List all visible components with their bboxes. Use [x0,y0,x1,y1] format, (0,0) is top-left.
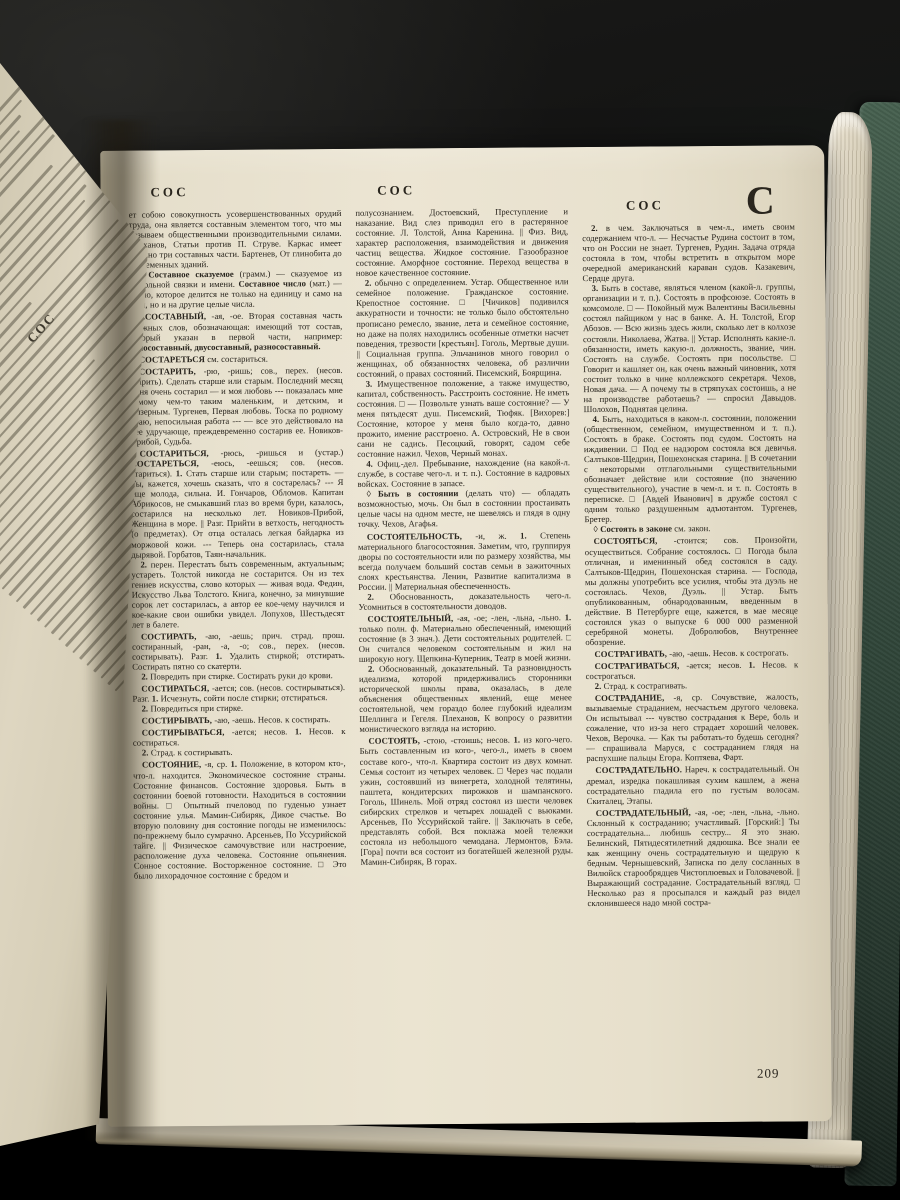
entry-paragraph: ◊ Составное сказуемое (грамм.) — сказуем… [129,268,342,310]
entry-paragraph: СОСТИРЫВАТЬ, -аю, -аешь. Несов. к состир… [133,714,346,726]
entry-paragraph: СОСТОЯТЬ, -стою, -стоишь; несов. 1. из к… [359,735,573,867]
running-head: СОС [150,183,341,200]
book-photo: СОС ет собою совокупность усовершенствов… [0,0,900,1200]
entry-paragraph: 4. Быть, находиться в каком-л. состоянии… [584,412,798,524]
page-number: 209 [757,1066,780,1082]
entry-paragraph: СОСТОЯТЕЛЬНОСТЬ, -и, ж. 1. Степень матер… [358,530,571,592]
entry-paragraph: 2. Обоснованный, доказательный. Та разно… [359,662,572,734]
columns-wrap: СОС ет собою совокупность усовершенствов… [128,179,800,911]
entry-paragraph: СОСТОЯНИЕ, -я, ср. 1. Положение, в котор… [133,758,347,880]
running-head: СОС [377,181,568,198]
entry-paragraph: 3. Быть в составе, являться членом (како… [583,282,797,414]
entry-paragraph: СОСТИРАТЬ, -аю, -аешь; прич. страд. прош… [132,630,345,672]
entry-paragraph: СОСТРАДАТЕЛЬНЫЙ, -ая, -ое; -лен, -льна, … [587,806,800,908]
entry-paragraph: СОСТИРЫВАТЬСЯ, -ается; несов. 1. Несов. … [133,726,346,748]
entry-paragraph: 2. в чем. Заключаться в чем-л., иметь св… [582,221,795,283]
entry-paragraph: ◊ Состоять в законе см. закон. [584,523,797,535]
entry-paragraph: ет собою совокупность усовершенствованны… [129,208,342,270]
entry-paragraph: 2. Страд. к сострагивать. [586,680,799,692]
running-head-row: СОС С [604,179,791,213]
entry-paragraph: 4. Офиц.-дел. Пребывание, нахождение (на… [357,457,570,489]
dictionary-column-3: СОС С 2. в чем. Заключаться в чем-л., им… [582,179,800,908]
entry-paragraph: 2. обычно с определением. Устар. Обществ… [356,277,569,379]
entry-paragraph: СОСТРАГИВАТЬСЯ, -ается; несов. 1. Несов.… [586,659,799,681]
entry-paragraph: СОСТАРИТЬ, -рю, -ришь; сов., перех. (нес… [130,365,343,447]
entry-paragraph: полусознанием. Достоевский, Преступление… [355,206,568,278]
dictionary-column-2: СОС полусознанием. Достоевский, Преступл… [355,181,573,910]
entry-paragraph: 2. Повредиться при стирке. [133,702,346,714]
entry-paragraph: 2. Страд. к состирывать. [133,746,346,758]
entry-paragraph: 3. Имущественное положение, а также имущ… [357,377,570,459]
entry-paragraph: СОСТРАГИВАТЬ, -аю, -аешь. Несов. к состр… [585,647,798,659]
entry-paragraph: СОСТАРИТЬСЯ, -рюсь, -ришься и (устар.) С… [131,447,345,559]
entry-paragraph: 2. перен. Перестать быть современным, ак… [131,558,344,630]
entry-paragraph: СОСТИРАТЬСЯ, -ается; сов. (несов. состир… [132,682,345,704]
column-text: ет собою совокупность усовершенствованны… [129,208,347,881]
section-letter: С [746,185,775,217]
entry-paragraph: СОСТАРЕТЬСЯ см. состариться. [130,353,343,365]
right-page: СОС ет собою совокупность усовершенствов… [100,145,832,1127]
entry-paragraph: ...СОСТАВНЫЙ, -ая, -ое. Вторая составная… [129,310,342,352]
entry-paragraph: ◊ Быть в состоянии (делать что) — облада… [358,487,571,529]
column-text: полусознанием. Достоевский, Преступление… [355,206,573,867]
column-text: 2. в чем. Заключаться в чем-л., иметь св… [582,221,800,908]
entry-paragraph: СОСТОЯТЬСЯ, -стоится; сов. Произойти, ос… [585,535,799,647]
entry-paragraph: СОСТРАДАТЕЛЬНО. Нареч. к сострадательный… [586,764,799,806]
entry-paragraph: СОСТРАДАНИЕ, -я, ср. Сочувствие, жалость… [586,692,799,764]
entry-paragraph: 2. Повредить при стирке. Состирать руки … [132,670,345,682]
entry-paragraph: СОСТОЯТЕЛЬНЫЙ, -ая, -ое; -лен, -льна, -л… [358,612,571,664]
entry-paragraph: 2. Обоснованность, доказательность чего-… [358,590,571,612]
running-head: СОС [626,197,664,213]
dictionary-column-1: СОС ет собою совокупность усовершенствов… [128,183,346,912]
